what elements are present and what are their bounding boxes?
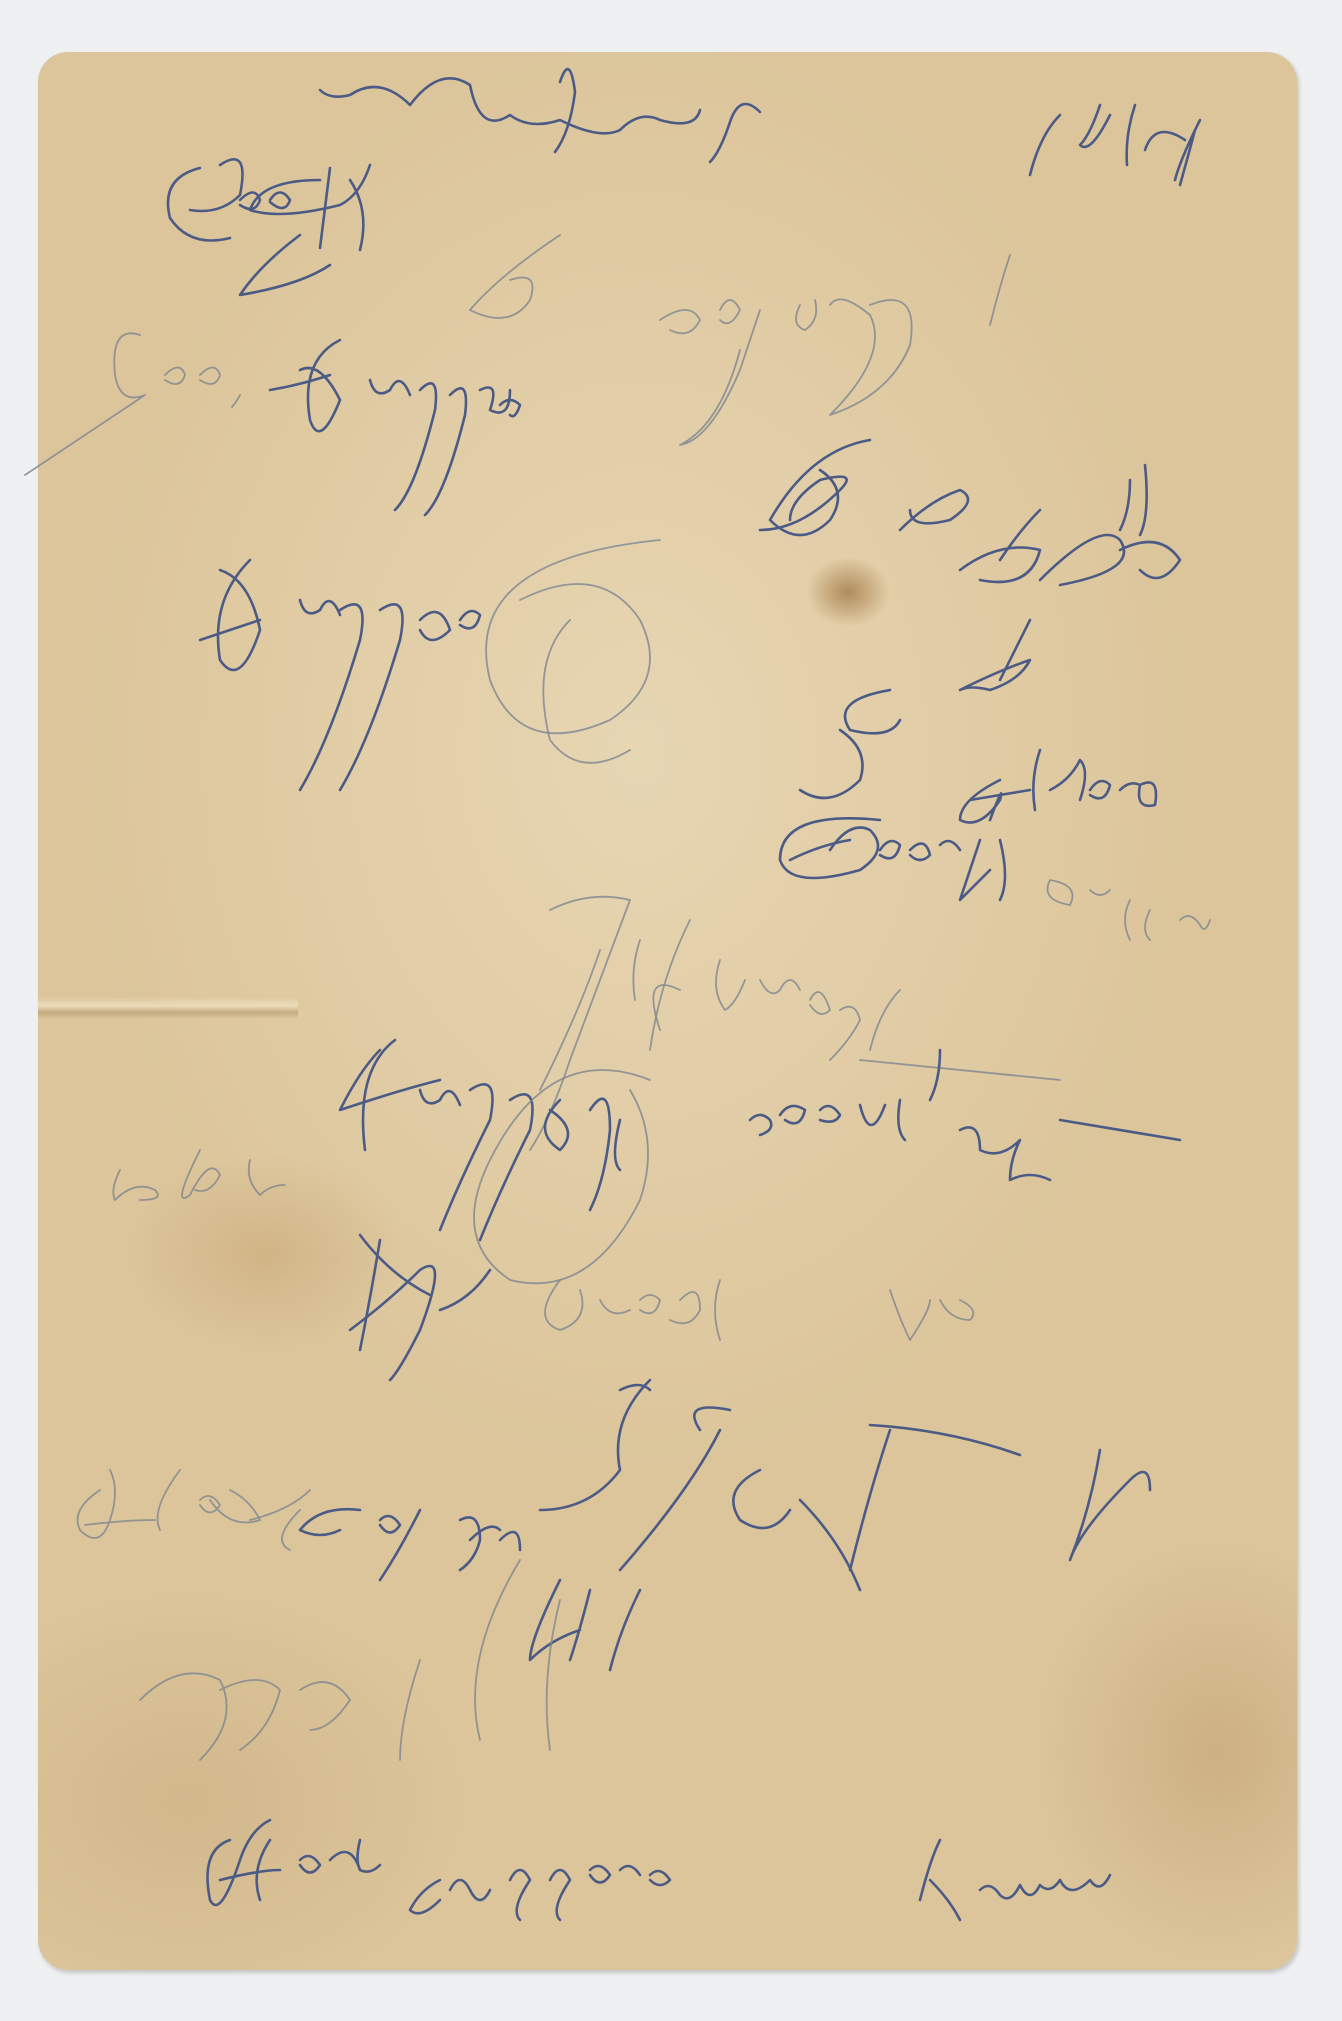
inscription-hugger-3 <box>340 1040 620 1240</box>
inscription-text-scribble: wonts <box>750 1120 753 1121</box>
inscription-text-hugger-2: Hugger <box>220 620 224 621</box>
inscription-text-h-friend: H friend in <box>350 1300 356 1301</box>
inscription-albert-duffer <box>78 1470 521 1580</box>
decorative-pencil-loops <box>140 540 660 1760</box>
inscription-hugger-2 <box>200 560 480 790</box>
inscription-text-pictures: Pictures <box>560 1000 564 1001</box>
inscription-george-duffer <box>780 818 1210 940</box>
inscription-h-friend <box>350 1235 973 1380</box>
inscription-text-g-s: G S <box>850 720 852 721</box>
inscription-text-hugger-1: Hugger <box>300 400 304 401</box>
inscription-albert-1 <box>960 750 1156 823</box>
inscription-text-george: George <box>560 290 564 291</box>
inscription-text-hugger-5: H ugger <box>540 1480 544 1481</box>
handwriting-layer <box>0 0 1342 2021</box>
inscription-scribble-right <box>750 1050 1180 1180</box>
inscription-geo-h <box>168 159 370 295</box>
inscription-text-george-duffer: George Duffer <box>770 860 777 861</box>
inscription-hugger-5 <box>540 1380 1150 1590</box>
inscription-gea <box>25 333 240 475</box>
inscription-albert-duggers <box>208 1820 1111 2013</box>
inscription-text-left-fragment: ra be i <box>110 1180 113 1181</box>
inscription-text-gea: Gea, <box>110 370 112 371</box>
inscription-george-pencil <box>470 235 1010 445</box>
inscription-text-hugger-3: Hugger <box>210 830 214 831</box>
inscription-text-h-l: H l <box>530 1620 532 1621</box>
inscription-ceddh <box>760 440 1180 690</box>
inscription-top-upside-down <box>320 69 1200 185</box>
inscription-left-fragment <box>113 1150 285 1200</box>
inscription-text-albert-duggers: Albert Duggers Ninevon <box>210 1870 222 1871</box>
inscription-hugger-1 <box>270 340 574 515</box>
inscription-h-l <box>530 1580 640 1670</box>
inscription-text-albert: Albert <box>960 790 963 791</box>
inscription-text-geo-h: Geo. H. <box>160 190 164 191</box>
inscription-text-top: Miss M. G. Moorningham <box>420 85 433 86</box>
inscription-text-albert-duffer: Albert Duffer <box>80 1510 87 1511</box>
inscription-g-s <box>800 690 900 798</box>
inscription-text-hugger-4: Hugger <box>370 1110 374 1111</box>
inscription-text-ceddh: C e d d H <box>760 500 765 501</box>
